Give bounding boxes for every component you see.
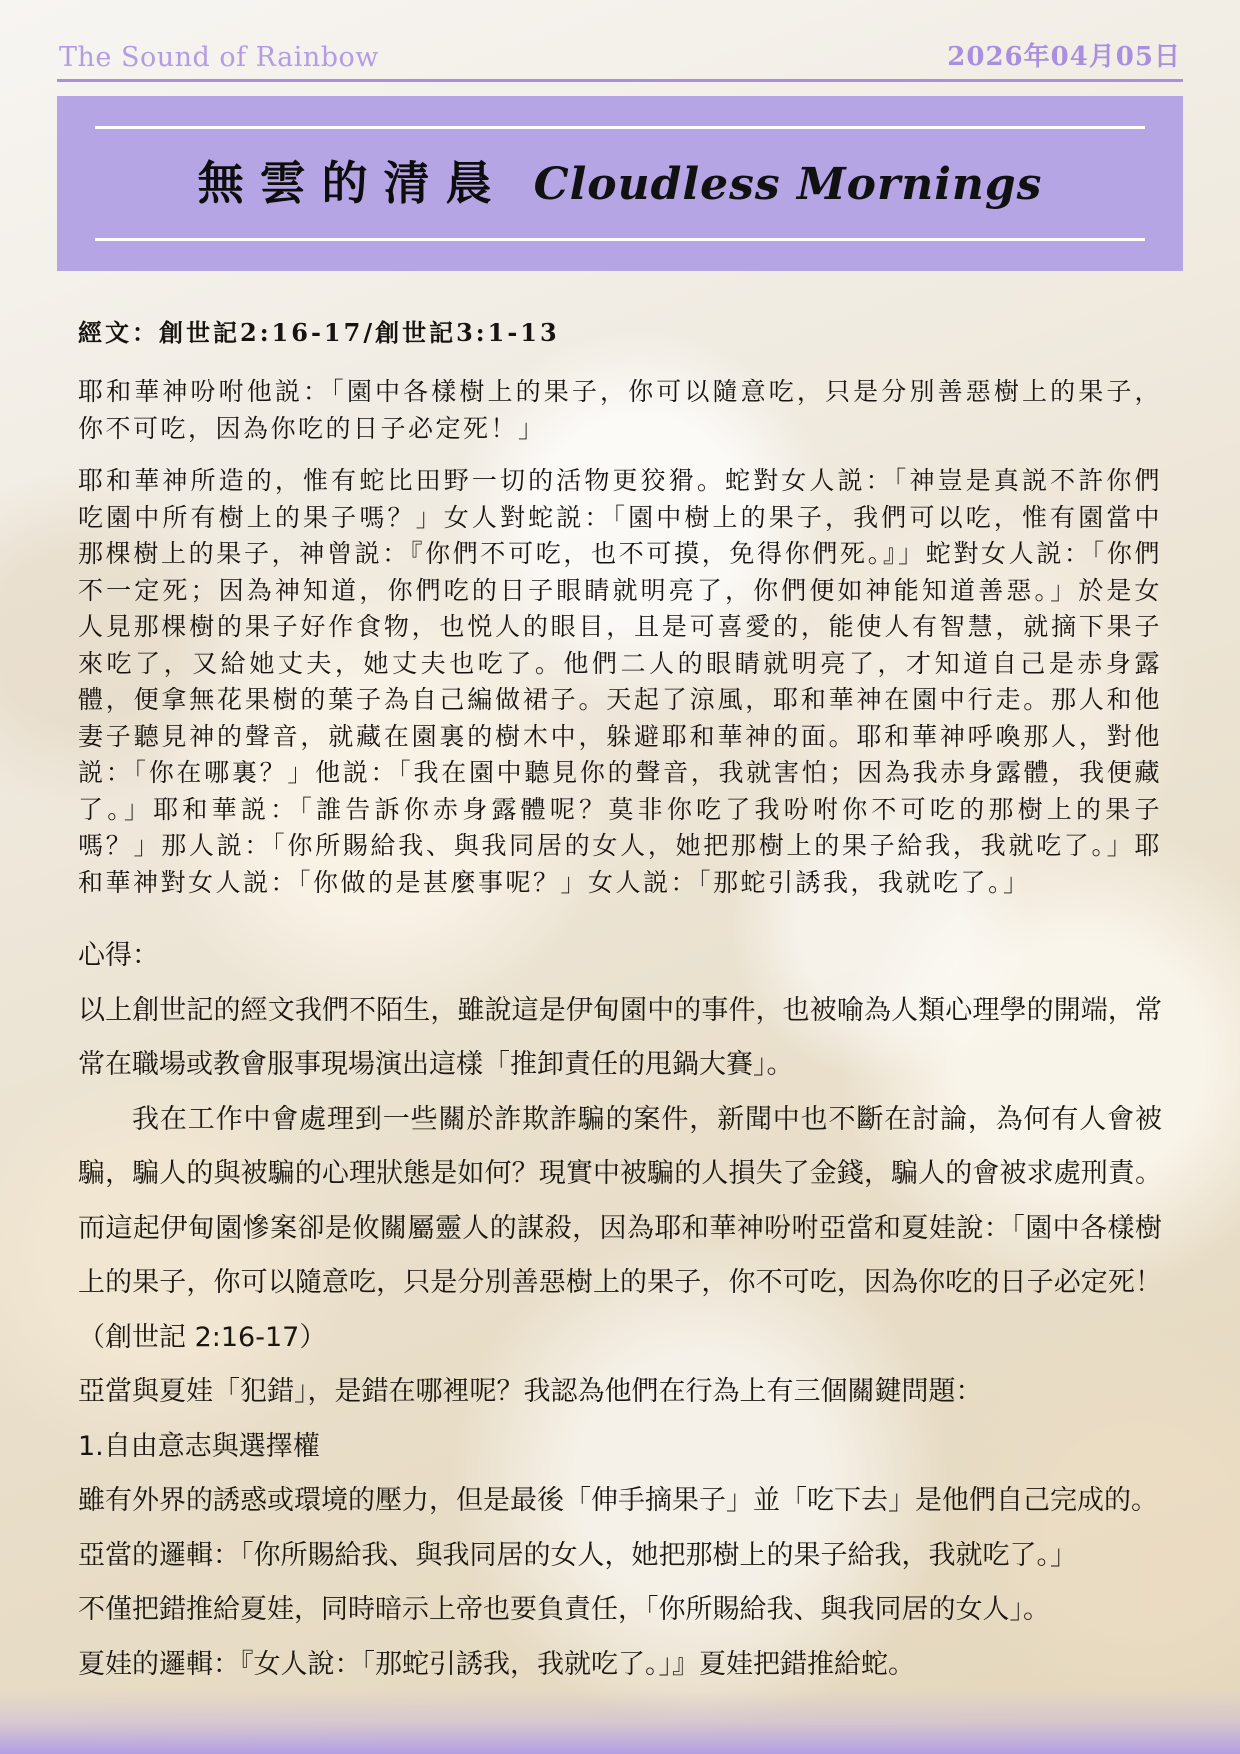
document-page: The Sound of Rainbow 2026年04月05日 無雲的清晨 C… <box>0 0 1240 1754</box>
header-divider <box>57 79 1183 82</box>
reflection-paragraph: 我在工作中會處理到一些關於詐欺詐騙的案件，新聞中也不斷在討論，為何有人會被騙，騙… <box>78 1093 1162 1366</box>
page-date: 2026年04月05日 <box>947 36 1181 73</box>
site-title: The Sound of Rainbow <box>59 42 379 73</box>
reflection-section: 心得： 以上創世記的經文我們不陌生，雖說這是伊甸園中的事件，也被喻為人類心理學的… <box>78 929 1162 1692</box>
reflection-point-1-heading: 1.自由意志與選擇權 <box>78 1420 1162 1475</box>
banner-bottom-line <box>95 238 1145 241</box>
content-area: 經文：創世記2:16-17/創世記3:1-13 耶和華神吩咐他説：「園中各樣樹上… <box>57 313 1183 1692</box>
reflection-paragraph: 不僅把錯推給夏娃，同時暗示上帝也要負責任，「你所賜給我、與我同居的女人」。 <box>78 1583 1162 1638</box>
scripture-paragraph-1: 耶和華神吩咐他説：「園中各樣樹上的果子，你可以隨意吃，只是分別善惡樹上的果子，你… <box>78 374 1162 447</box>
reflection-paragraph: 以上創世記的經文我們不陌生，雖說這是伊甸園中的事件，也被喻為人類心理學的開端，常… <box>78 984 1162 1093</box>
title-chinese: 無雲的清晨 <box>198 160 508 206</box>
reflection-paragraph: 雖有外界的誘惑或環境的壓力，但是最後「伸手摘果子」並「吃下去」是他們自己完成的。 <box>78 1474 1162 1529</box>
banner-top-line <box>95 126 1145 129</box>
scripture-reference: 經文：創世記2:16-17/創世記3:1-13 <box>78 313 1162 348</box>
page-header: The Sound of Rainbow 2026年04月05日 <box>57 0 1183 79</box>
reflection-paragraph: 亞當的邏輯：「你所賜給我、與我同居的女人，她把那樹上的果子給我，我就吃了。」 <box>78 1529 1162 1584</box>
title-english: Cloudless Mornings <box>534 163 1043 207</box>
footer-purple-fade <box>0 1690 1240 1754</box>
reflection-paragraph: 夏娃的邏輯：『女人說：「那蛇引誘我，我就吃了。」』夏娃把錯推給蛇。 <box>78 1638 1162 1693</box>
scripture-block: 耶和華神吩咐他説：「園中各樣樹上的果子，你可以隨意吃，只是分別善惡樹上的果子，你… <box>78 374 1162 901</box>
reflection-heading: 心得： <box>78 929 1162 984</box>
scripture-paragraph-2: 耶和華神所造的，惟有蛇比田野一切的活物更狡猾。蛇對女人説：「神豈是真説不許你們吃… <box>78 463 1162 901</box>
reflection-paragraph: 亞當與夏娃「犯錯」，是錯在哪裡呢？我認為他們在行為上有三個關鍵問題： <box>78 1365 1162 1420</box>
title-banner: 無雲的清晨 Cloudless Mornings <box>57 96 1183 271</box>
page-title: 無雲的清晨 Cloudless Mornings <box>57 160 1183 207</box>
